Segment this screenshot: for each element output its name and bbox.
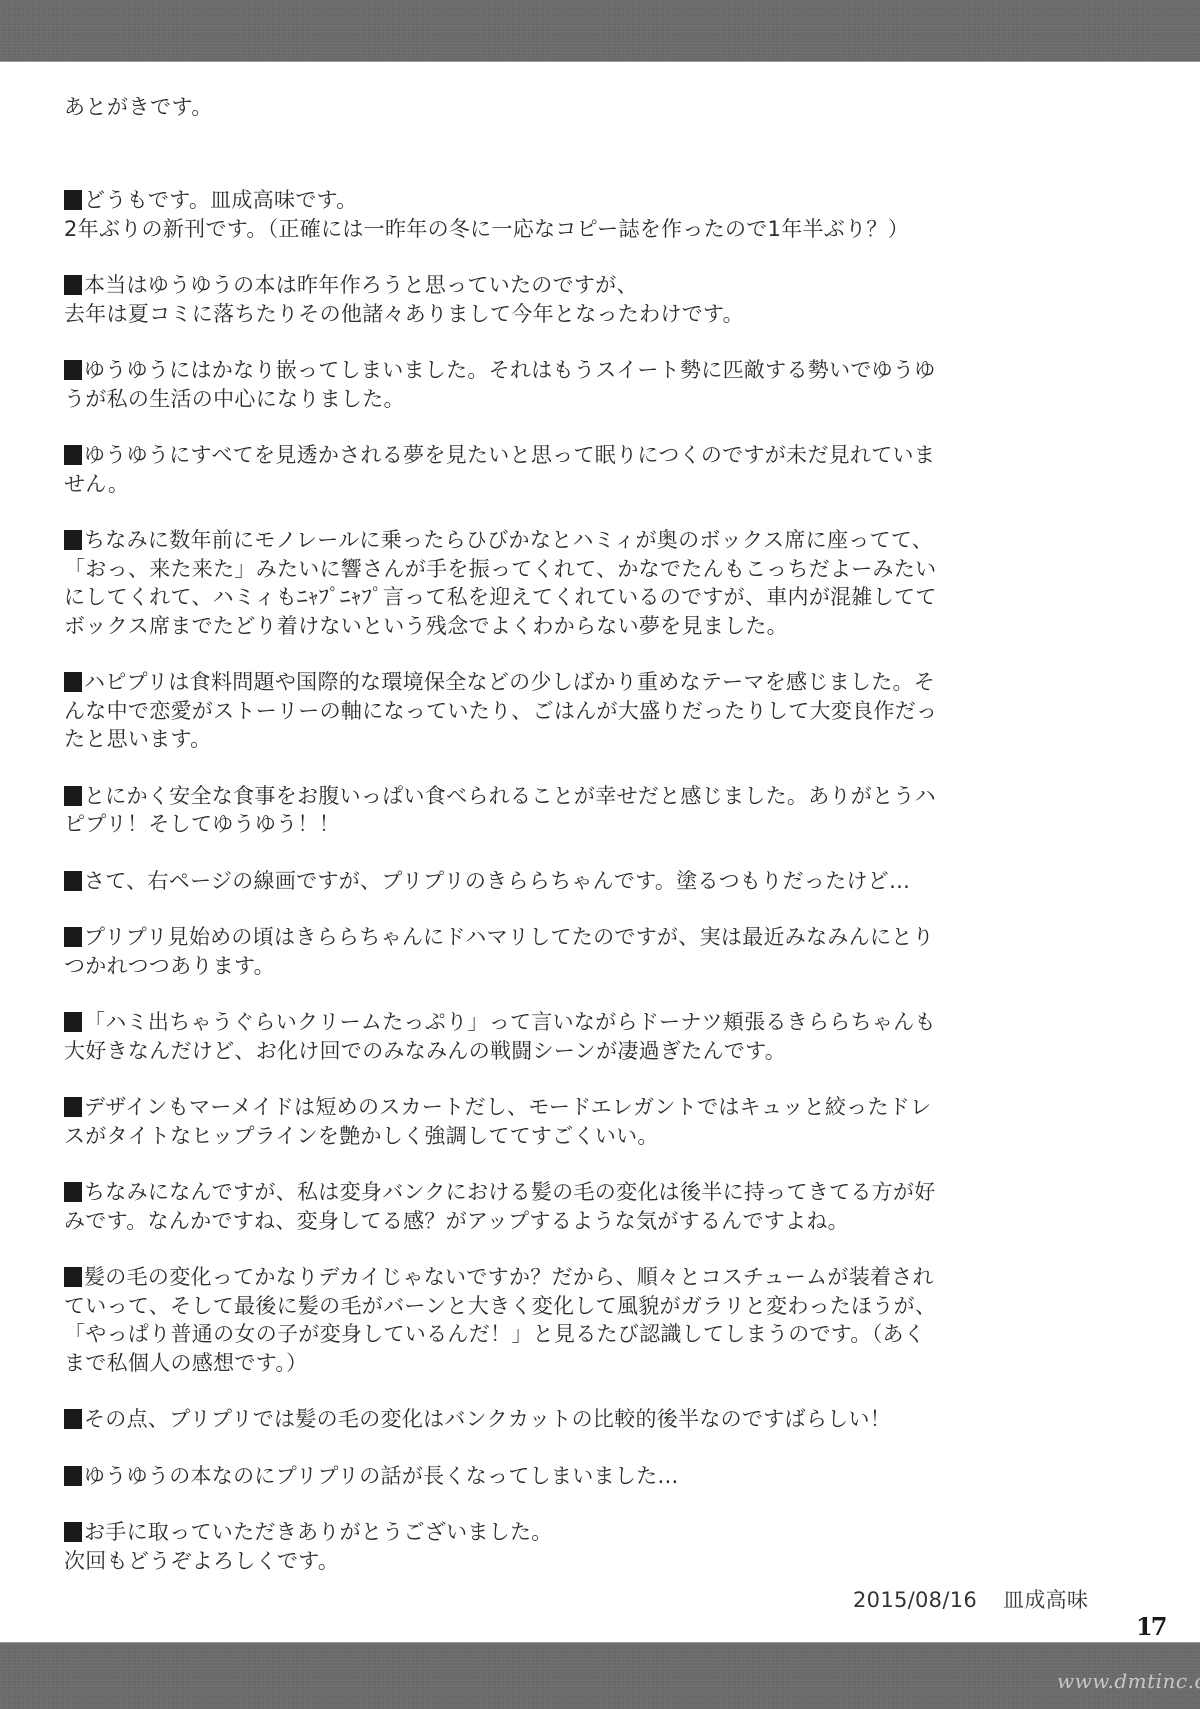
afterword-paragraph: デザインもマーメイドは短めのスカートだし、モードエレガントではキュッと絞ったドレ… (64, 1093, 1054, 1150)
square-bullet-icon (64, 871, 82, 891)
paragraph-list: どうもです。皿成高味です。2年ぶりの新刊です。（正確には一昨年の冬に一応なコピー… (64, 186, 1054, 1575)
page-number: 17 (1136, 1612, 1165, 1641)
signature-date: 2015/08/16 (853, 1588, 977, 1612)
paragraph-line-text: プリプリ見始めの頃はきららちゃんにドハマリしてたのですが、実は最近みなみんにとり (84, 925, 934, 949)
watermark-url: www.dmtinc.cl (1057, 1669, 1200, 1693)
paragraph-line-text: スがタイトなヒップラインを艶かしく強調しててすごくいい。 (64, 1124, 659, 1148)
afterword-paragraph: 「ハミ出ちゃうぐらいクリームたっぷり」って言いながらドーナツ頬張るきららちゃんも… (64, 1008, 1054, 1065)
afterword-paragraph: ゆうゆうにはかなり嵌ってしまいました。それはもうスイート勢に匹敵する勢いでゆうゆ… (64, 356, 1054, 413)
paragraph-line-text: まで私個人の感想です。） (64, 1351, 307, 1375)
paragraph-line-text: ゆうゆうにはかなり嵌ってしまいました。それはもうスイート勢に匹敵する勢いでゆうゆ (84, 358, 936, 382)
paragraph-line: スがタイトなヒップラインを艶かしく強調しててすごくいい。 (64, 1122, 1054, 1151)
afterword-paragraph: 髪の毛の変化ってかなりデカイじゃないですか？だから、順々とコスチュームが装着され… (64, 1263, 1054, 1377)
paragraph-line-text: 髪の毛の変化ってかなりデカイじゃないですか？だから、順々とコスチュームが装着され (84, 1265, 934, 1289)
paragraph-line: ちなみになんですが、私は変身バンクにおける髪の毛の変化は後半に持ってきてる方が好 (64, 1178, 1054, 1207)
paragraph-line: お手に取っていただきありがとうございました。 (64, 1518, 1054, 1547)
paragraph-line-text: 大好きなんだけど、お化け回でのみなみんの戦闘シーンが凄過ぎたんです。 (64, 1039, 786, 1063)
paragraph-line: 本当はゆうゆうの本は昨年作ろうと思っていたのですが、 (64, 271, 1054, 300)
paragraph-line: ていって、そして最後に髪の毛がバーンと大きく変化して風貌がガラリと変わったほうが… (64, 1292, 1054, 1321)
paragraph-line: 「ハミ出ちゃうぐらいクリームたっぷり」って言いながらドーナツ頬張るきららちゃんも (64, 1008, 1054, 1037)
paragraph-line-text: んな中で恋愛がストーリーの軸になっていたり、ごはんが大盛りだったりして大変良作だ… (64, 699, 937, 723)
paragraph-line: ゆうゆうの本なのにプリプリの話が長くなってしまいました… (64, 1462, 1054, 1491)
square-bullet-icon (64, 275, 82, 295)
paragraph-line: ゆうゆうにはかなり嵌ってしまいました。それはもうスイート勢に匹敵する勢いでゆうゆ (64, 356, 1054, 385)
paragraph-line-text: 「おっ、来た来た」みたいに響さんが手を振ってくれて、かなでたんもこっちだよーみた… (64, 557, 936, 581)
afterword-paragraph: ちなみになんですが、私は変身バンクにおける髪の毛の変化は後半に持ってきてる方が好… (64, 1178, 1054, 1235)
square-bullet-icon (64, 1267, 82, 1287)
square-bullet-icon (64, 672, 82, 692)
paragraph-line: 2年ぶりの新刊です。（正確には一昨年の冬に一応なコピー誌を作ったので1年半ぶり？… (64, 215, 1054, 244)
paragraph-line: ゆうゆうにすべてを見透かされる夢を見たいと思って眠りにつくのですが未だ見れていま (64, 441, 1054, 470)
paragraph-line-text: その点、プリプリでは髪の毛の変化はバンクカットの比較的後半なのですばらしい！ (84, 1407, 891, 1431)
paragraph-line: うが私の生活の中心になりました。 (64, 385, 1054, 414)
paragraph-line: ピプリ！そしてゆうゆう！！ (64, 810, 1054, 839)
paragraph-line-text: 本当はゆうゆうの本は昨年作ろうと思っていたのですが、 (84, 273, 638, 297)
paragraph-line-text: たと思います。 (64, 727, 211, 751)
paragraph-line-text: お手に取っていただきありがとうございました。 (84, 1520, 553, 1544)
afterword-paragraph: ゆうゆうにすべてを見透かされる夢を見たいと思って眠りにつくのですが未だ見れていま… (64, 441, 1054, 498)
paragraph-line: つかれつつあります。 (64, 952, 1054, 981)
paragraph-line: その点、プリプリでは髪の毛の変化はバンクカットの比較的後半なのですばらしい！ (64, 1405, 1054, 1434)
paragraph-line: ハピプリは食料問題や国際的な環境保全などの少しばかり重めなテーマを感じました。そ (64, 668, 1054, 697)
afterword-paragraph: 本当はゆうゆうの本は昨年作ろうと思っていたのですが、去年は夏コミに落ちたりその他… (64, 271, 1054, 328)
paragraph-line-text: うが私の生活の中心になりました。 (64, 387, 405, 411)
square-bullet-icon (64, 1466, 82, 1486)
paragraph-line-text: ちなみになんですが、私は変身バンクにおける髪の毛の変化は後半に持ってきてる方が好 (84, 1180, 936, 1204)
square-bullet-icon (64, 1012, 82, 1032)
paragraph-line-text: にしてくれて、ハミィもﾆｬﾌﾟﾆｬﾌﾟ言って私を迎えてくれているのですが、車内が… (64, 585, 937, 609)
paragraph-line-text: さて、右ページの線画ですが、プリプリのきららちゃんです。塗るつもりだったけど… (84, 869, 910, 893)
paragraph-line-text: どうもです。皿成高味です。 (84, 188, 358, 212)
paragraph-line: 次回もどうぞよろしくです。 (64, 1547, 1054, 1576)
paragraph-line: 髪の毛の変化ってかなりデカイじゃないですか？だから、順々とコスチュームが装着され (64, 1263, 1054, 1292)
paragraph-line: 大好きなんだけど、お化け回でのみなみんの戦闘シーンが凄過ぎたんです。 (64, 1037, 1054, 1066)
afterword-paragraph: ゆうゆうの本なのにプリプリの話が長くなってしまいました… (64, 1462, 1054, 1491)
paragraph-line: 去年は夏コミに落ちたりその他諸々ありまして今年となったわけです。 (64, 300, 1054, 329)
paragraph-line-text: ちなみに数年前にモノレールに乗ったらひびかなとハミィが奥のボックス席に座ってて、 (84, 528, 933, 552)
paragraph-line-text: ゆうゆうの本なのにプリプリの話が長くなってしまいました… (84, 1464, 679, 1488)
paragraph-line-text: 2年ぶりの新刊です。（正確には一昨年の冬に一応なコピー誌を作ったので1年半ぶり？… (64, 217, 909, 241)
signature-author: 皿成高味 (1003, 1588, 1088, 1612)
bottom-gray-band (0, 1642, 1200, 1709)
paragraph-line-text: とにかく安全な食事をお腹いっぱい食べられることが幸せだと感じました。ありがとうハ (84, 784, 936, 808)
paragraph-line: たと思います。 (64, 725, 1054, 754)
paragraph-line-text: みです。なんかですね、変身してる感？がアップするような気がするんですよね。 (64, 1209, 849, 1233)
square-bullet-icon (64, 786, 82, 806)
paragraph-line: 「やっぱり普通の女の子が変身しているんだ！」と見るたび認識してしまうのです。（あ… (64, 1320, 1054, 1349)
paragraph-line: デザインもマーメイドは短めのスカートだし、モードエレガントではキュッと絞ったドレ (64, 1093, 1054, 1122)
paragraph-line-text: ハピプリは食料問題や国際的な環境保全などの少しばかり重めなテーマを感じました。そ (84, 670, 935, 694)
paragraph-line-text: 「ハミ出ちゃうぐらいクリームたっぷり」って言いながらドーナツ頬張るきららちゃんも (84, 1010, 936, 1034)
square-bullet-icon (64, 530, 82, 550)
paragraph-line-text: せん。 (64, 472, 129, 496)
paragraph-line: とにかく安全な食事をお腹いっぱい食べられることが幸せだと感じました。ありがとうハ (64, 782, 1054, 811)
afterword-paragraph: ちなみに数年前にモノレールに乗ったらひびかなとハミィが奥のボックス席に座ってて、… (64, 526, 1054, 640)
afterword-content: あとがきです。 どうもです。皿成高味です。2年ぶりの新刊です。（正確には一昨年の… (64, 92, 1054, 1603)
paragraph-line: んな中で恋愛がストーリーの軸になっていたり、ごはんが大盛りだったりして大変良作だ… (64, 697, 1054, 726)
square-bullet-icon (64, 1522, 82, 1542)
afterword-heading: あとがきです。 (64, 92, 1054, 122)
paragraph-line: ボックス席までたどり着けないという残念でよくわからない夢を見ました。 (64, 612, 1054, 641)
paragraph-line-text: 次回もどうぞよろしくです。 (64, 1549, 339, 1573)
paragraph-line-text: ボックス席までたどり着けないという残念でよくわからない夢を見ました。 (64, 614, 788, 638)
afterword-paragraph: とにかく安全な食事をお腹いっぱい食べられることが幸せだと感じました。ありがとうハ… (64, 782, 1054, 839)
paragraph-line: まで私個人の感想です。） (64, 1349, 1054, 1378)
paragraph-line-text: ていって、そして最後に髪の毛がバーンと大きく変化して風貌がガラリと変わったほうが… (64, 1294, 936, 1318)
paragraph-line: 「おっ、来た来た」みたいに響さんが手を振ってくれて、かなでたんもこっちだよーみた… (64, 555, 1054, 584)
paragraph-line: せん。 (64, 470, 1054, 499)
paragraph-line-text: つかれつつあります。 (64, 954, 275, 978)
paragraph-line: ちなみに数年前にモノレールに乗ったらひびかなとハミィが奥のボックス席に座ってて、 (64, 526, 1054, 555)
paragraph-line: どうもです。皿成高味です。 (64, 186, 1054, 215)
square-bullet-icon (64, 190, 82, 210)
afterword-paragraph: どうもです。皿成高味です。2年ぶりの新刊です。（正確には一昨年の冬に一応なコピー… (64, 186, 1054, 243)
paragraph-line-text: 「やっぱり普通の女の子が変身しているんだ！」と見るたび認識してしまうのです。（あ… (64, 1322, 925, 1346)
paragraph-line-text: デザインもマーメイドは短めのスカートだし、モードエレガントではキュッと絞ったドレ (84, 1095, 931, 1119)
paragraph-line-text: ゆうゆうにすべてを見透かされる夢を見たいと思って眠りにつくのですが未だ見れていま (84, 443, 935, 467)
signature: 2015/08/16皿成高味 (853, 1584, 1088, 1614)
afterword-paragraph: その点、プリプリでは髪の毛の変化はバンクカットの比較的後半なのですばらしい！ (64, 1405, 1054, 1434)
paragraph-line: みです。なんかですね、変身してる感？がアップするような気がするんですよね。 (64, 1207, 1054, 1236)
afterword-paragraph: プリプリ見始めの頃はきららちゃんにドハマリしてたのですが、実は最近みなみんにとり… (64, 923, 1054, 980)
square-bullet-icon (64, 1097, 82, 1117)
square-bullet-icon (64, 927, 82, 947)
paragraph-line: にしてくれて、ハミィもﾆｬﾌﾟﾆｬﾌﾟ言って私を迎えてくれているのですが、車内が… (64, 583, 1054, 612)
paragraph-line: さて、右ページの線画ですが、プリプリのきららちゃんです。塗るつもりだったけど… (64, 867, 1054, 896)
paragraph-line-text: ピプリ！そしてゆうゆう！！ (64, 812, 340, 836)
afterword-paragraph: さて、右ページの線画ですが、プリプリのきららちゃんです。塗るつもりだったけど… (64, 867, 1054, 896)
afterword-paragraph: お手に取っていただきありがとうございました。次回もどうぞよろしくです。 (64, 1518, 1054, 1575)
paragraph-line-text: 去年は夏コミに落ちたりその他諸々ありまして今年となったわけです。 (64, 302, 744, 326)
square-bullet-icon (64, 360, 82, 380)
square-bullet-icon (64, 1182, 82, 1202)
afterword-paragraph: ハピプリは食料問題や国際的な環境保全などの少しばかり重めなテーマを感じました。そ… (64, 668, 1054, 754)
top-gray-band (0, 0, 1200, 62)
square-bullet-icon (64, 445, 82, 465)
paragraph-line: プリプリ見始めの頃はきららちゃんにドハマリしてたのですが、実は最近みなみんにとり (64, 923, 1054, 952)
square-bullet-icon (64, 1409, 82, 1429)
